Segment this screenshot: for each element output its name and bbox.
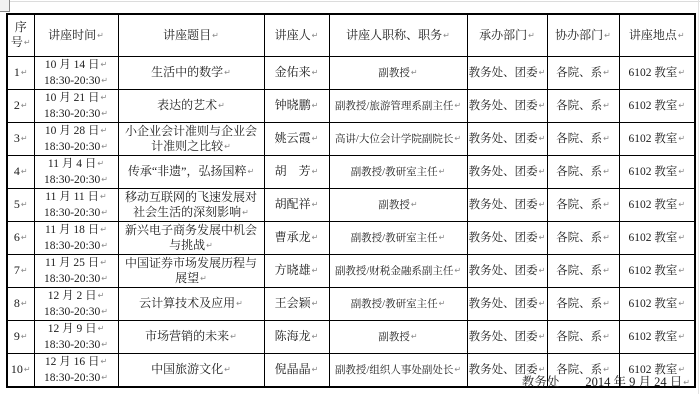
cell-position: 高讲/大位会计学院副院长	[329, 122, 467, 155]
header-time: 讲座时间	[34, 14, 118, 56]
header-title-label: 讲座题目	[163, 28, 219, 42]
cell-time: 11 月 4 日 18:30-20:30	[34, 155, 118, 188]
cell-time: 11 月 11 日 18:30-20:30	[34, 188, 118, 221]
cell-organizer: 教务处、团委	[467, 221, 547, 254]
cell-speaker: 胡 芳	[264, 155, 329, 188]
cell-location: 6102 教室	[619, 56, 695, 89]
header-location: 讲座地点	[619, 14, 695, 56]
cell-date-line: 11 月 25 日	[36, 255, 117, 271]
cell-time: 12 月 16 日 18:30-20:30	[34, 353, 118, 387]
cell-speaker: 胡配祥	[264, 188, 329, 221]
cell-position: 副教授	[329, 320, 467, 353]
cell-time-line: 18:30-20:30	[36, 106, 117, 122]
table-row: 3 10 月 28 日 18:30-20:30 小企业会计准则与企业会计准则之比…	[7, 122, 695, 155]
cell-no: 8	[7, 287, 34, 320]
cell-speaker: 金佑来	[264, 56, 329, 89]
cell-location: 6102 教室	[619, 254, 695, 287]
cell-title: 云计算技术及应用	[118, 287, 264, 320]
cell-organizer: 教务处、团委	[467, 188, 547, 221]
cell-speaker: 姚云霞	[264, 122, 329, 155]
table-row: 4 11 月 4 日 18:30-20:30 传承“非遗”，弘扬国粹 胡 芳 副…	[7, 155, 695, 188]
cell-position: 副教授	[329, 188, 467, 221]
cell-time: 11 月 25 日 18:30-20:30	[34, 254, 118, 287]
header-co-organizer: 协办部门	[547, 14, 619, 56]
cell-title: 生活中的数学	[118, 56, 264, 89]
header-speaker: 讲座人	[264, 14, 329, 56]
cell-speaker: 方晓雄	[264, 254, 329, 287]
cell-title: 移动互联网的飞速发展对社会生活的深刻影响	[118, 188, 264, 221]
cell-title: 市场营销的未来	[118, 320, 264, 353]
cell-speaker: 陈海龙	[264, 320, 329, 353]
table-handle-icon	[0, 0, 10, 12]
cell-title: 小企业会计准则与企业会计准则之比较	[118, 122, 264, 155]
cell-location: 6102 教室	[619, 89, 695, 122]
cell-date-line: 12 月 16 日	[36, 354, 117, 370]
cell-co-organizer: 各院、系	[547, 155, 619, 188]
lecture-schedule-table: 序号 讲座时间 讲座题目 讲座人 讲座人职称、职务 承办部门 协办部门 讲座地点…	[6, 13, 696, 388]
cell-time: 12 月 2 日 18:30-20:30	[34, 287, 118, 320]
document-top-edge	[0, 1, 700, 2]
cell-organizer: 教务处、团委	[467, 155, 547, 188]
cell-location: 6102 教室	[619, 320, 695, 353]
cell-time-line: 18:30-20:30	[36, 73, 117, 89]
cell-co-organizer: 各院、系	[547, 287, 619, 320]
cell-position: 副教授/旅游管理系副主任	[329, 89, 467, 122]
header-time-label: 讲座时间	[48, 28, 104, 42]
cell-organizer: 教务处、团委	[467, 56, 547, 89]
header-no-label: 序号	[11, 20, 31, 49]
cell-time-line: 18:30-20:30	[36, 337, 117, 353]
table-row: 5 11 月 11 日 18:30-20:30 移动互联网的飞速发展对社会生活的…	[7, 188, 695, 221]
cell-no: 7	[7, 254, 34, 287]
cell-co-organizer: 各院、系	[547, 188, 619, 221]
cell-no: 10	[7, 353, 34, 387]
cell-organizer: 教务处、团委	[467, 122, 547, 155]
cell-co-organizer: 各院、系	[547, 254, 619, 287]
cell-time-line: 18:30-20:30	[36, 139, 117, 155]
header-speaker-label: 讲座人	[275, 28, 319, 42]
cell-organizer: 教务处、团委	[467, 89, 547, 122]
cell-speaker: 钟晓鹏	[264, 89, 329, 122]
cell-location: 6102 教室	[619, 188, 695, 221]
cell-time-line: 18:30-20:30	[36, 238, 117, 254]
cell-position: 副教授/财税金融系副主任	[329, 254, 467, 287]
cell-organizer: 教务处、团委	[467, 287, 547, 320]
cell-position: 副教授/教研室主任	[329, 221, 467, 254]
header-location-label: 讲座地点	[629, 28, 685, 42]
cell-location: 6102 教室	[619, 287, 695, 320]
cell-title: 传承“非遗”，弘扬国粹	[118, 155, 264, 188]
table-row: 7 11 月 25 日 18:30-20:30 中国证券市场发展历程与展望 方晓…	[7, 254, 695, 287]
table-row: 6 11 月 18 日 18:30-20:30 新兴电子商务发展中机会与挑战 曹…	[7, 221, 695, 254]
cell-co-organizer: 各院、系	[547, 320, 619, 353]
cell-title: 中国证券市场发展历程与展望	[118, 254, 264, 287]
header-co-organizer-label: 协办部门	[555, 28, 611, 42]
cell-time-line: 18:30-20:30	[36, 172, 117, 188]
cell-no: 3	[7, 122, 34, 155]
cell-date-line: 11 月 18 日	[36, 222, 117, 238]
cell-co-organizer: 各院、系	[547, 122, 619, 155]
cell-date-line: 10 月 28 日	[36, 123, 117, 139]
header-position: 讲座人职称、职务	[329, 14, 467, 56]
cell-title: 新兴电子商务发展中机会与挑战	[118, 221, 264, 254]
cell-date-line: 11 月 11 日	[36, 189, 117, 205]
table-row: 2 10 月 21 日 18:30-20:30 表达的艺术 钟晓鹏 副教授/旅游…	[7, 89, 695, 122]
footer-department: 教务处	[522, 375, 560, 389]
cell-date-line: 12 月 2 日	[36, 288, 117, 304]
cell-date-line: 12 月 9 日	[36, 321, 117, 337]
footer: 教务处2014 年 9 月 24 日	[522, 372, 690, 390]
header-no: 序号	[7, 14, 34, 56]
header-title: 讲座题目	[118, 14, 264, 56]
cell-no: 2	[7, 89, 34, 122]
cell-speaker: 王会颖	[264, 287, 329, 320]
cell-speaker: 曹承龙	[264, 221, 329, 254]
cell-no: 6	[7, 221, 34, 254]
cell-time: 10 月 14 日 18:30-20:30	[34, 56, 118, 89]
cell-position: 副教授/教研室主任	[329, 287, 467, 320]
header-position-label: 讲座人职称、职务	[346, 28, 450, 42]
cell-location: 6102 教室	[619, 122, 695, 155]
cell-time-line: 18:30-20:30	[36, 271, 117, 287]
cell-no: 9	[7, 320, 34, 353]
header-organizer-label: 承办部门	[479, 28, 535, 42]
cell-position: 副教授/组织人事处副处长	[329, 353, 467, 387]
cell-date-line: 11 月 4 日	[36, 156, 117, 172]
cell-location: 6102 教室	[619, 155, 695, 188]
cell-co-organizer: 各院、系	[547, 221, 619, 254]
cell-time: 10 月 21 日 18:30-20:30	[34, 89, 118, 122]
cell-co-organizer: 各院、系	[547, 89, 619, 122]
cell-location: 6102 教室	[619, 221, 695, 254]
cell-no: 4	[7, 155, 34, 188]
table-row: 9 12 月 9 日 18:30-20:30 市场营销的未来 陈海龙 副教授 教…	[7, 320, 695, 353]
cell-position: 副教授	[329, 56, 467, 89]
table-body: 1 10 月 14 日 18:30-20:30 生活中的数学 金佑来 副教授 教…	[7, 56, 695, 387]
cell-time-line: 18:30-20:30	[36, 205, 117, 221]
cell-title: 中国旅游文化	[118, 353, 264, 387]
cell-time-line: 18:30-20:30	[36, 304, 117, 320]
cell-speaker: 倪晶晶	[264, 353, 329, 387]
table-row: 8 12 月 2 日 18:30-20:30 云计算技术及应用 王会颖 副教授/…	[7, 287, 695, 320]
cell-organizer: 教务处、团委	[467, 320, 547, 353]
cell-date-line: 10 月 14 日	[36, 57, 117, 73]
document-right-edge	[698, 0, 699, 394]
header-organizer: 承办部门	[467, 14, 547, 56]
cell-time-line: 18:30-20:30	[36, 370, 117, 386]
table-header: 序号 讲座时间 讲座题目 讲座人 讲座人职称、职务 承办部门 协办部门 讲座地点	[7, 14, 695, 56]
cell-time: 11 月 18 日 18:30-20:30	[34, 221, 118, 254]
cell-position: 副教授/教研室主任	[329, 155, 467, 188]
table-row: 1 10 月 14 日 18:30-20:30 生活中的数学 金佑来 副教授 教…	[7, 56, 695, 89]
cell-date-line: 10 月 21 日	[36, 90, 117, 106]
cell-no: 5	[7, 188, 34, 221]
cell-no: 1	[7, 56, 34, 89]
cell-co-organizer: 各院、系	[547, 56, 619, 89]
cell-time: 10 月 28 日 18:30-20:30	[34, 122, 118, 155]
cell-time: 12 月 9 日 18:30-20:30	[34, 320, 118, 353]
header-row: 序号 讲座时间 讲座题目 讲座人 讲座人职称、职务 承办部门 协办部门 讲座地点	[7, 14, 695, 56]
footer-date: 2014 年 9 月 24 日	[585, 375, 690, 389]
cell-title: 表达的艺术	[118, 89, 264, 122]
cell-organizer: 教务处、团委	[467, 254, 547, 287]
